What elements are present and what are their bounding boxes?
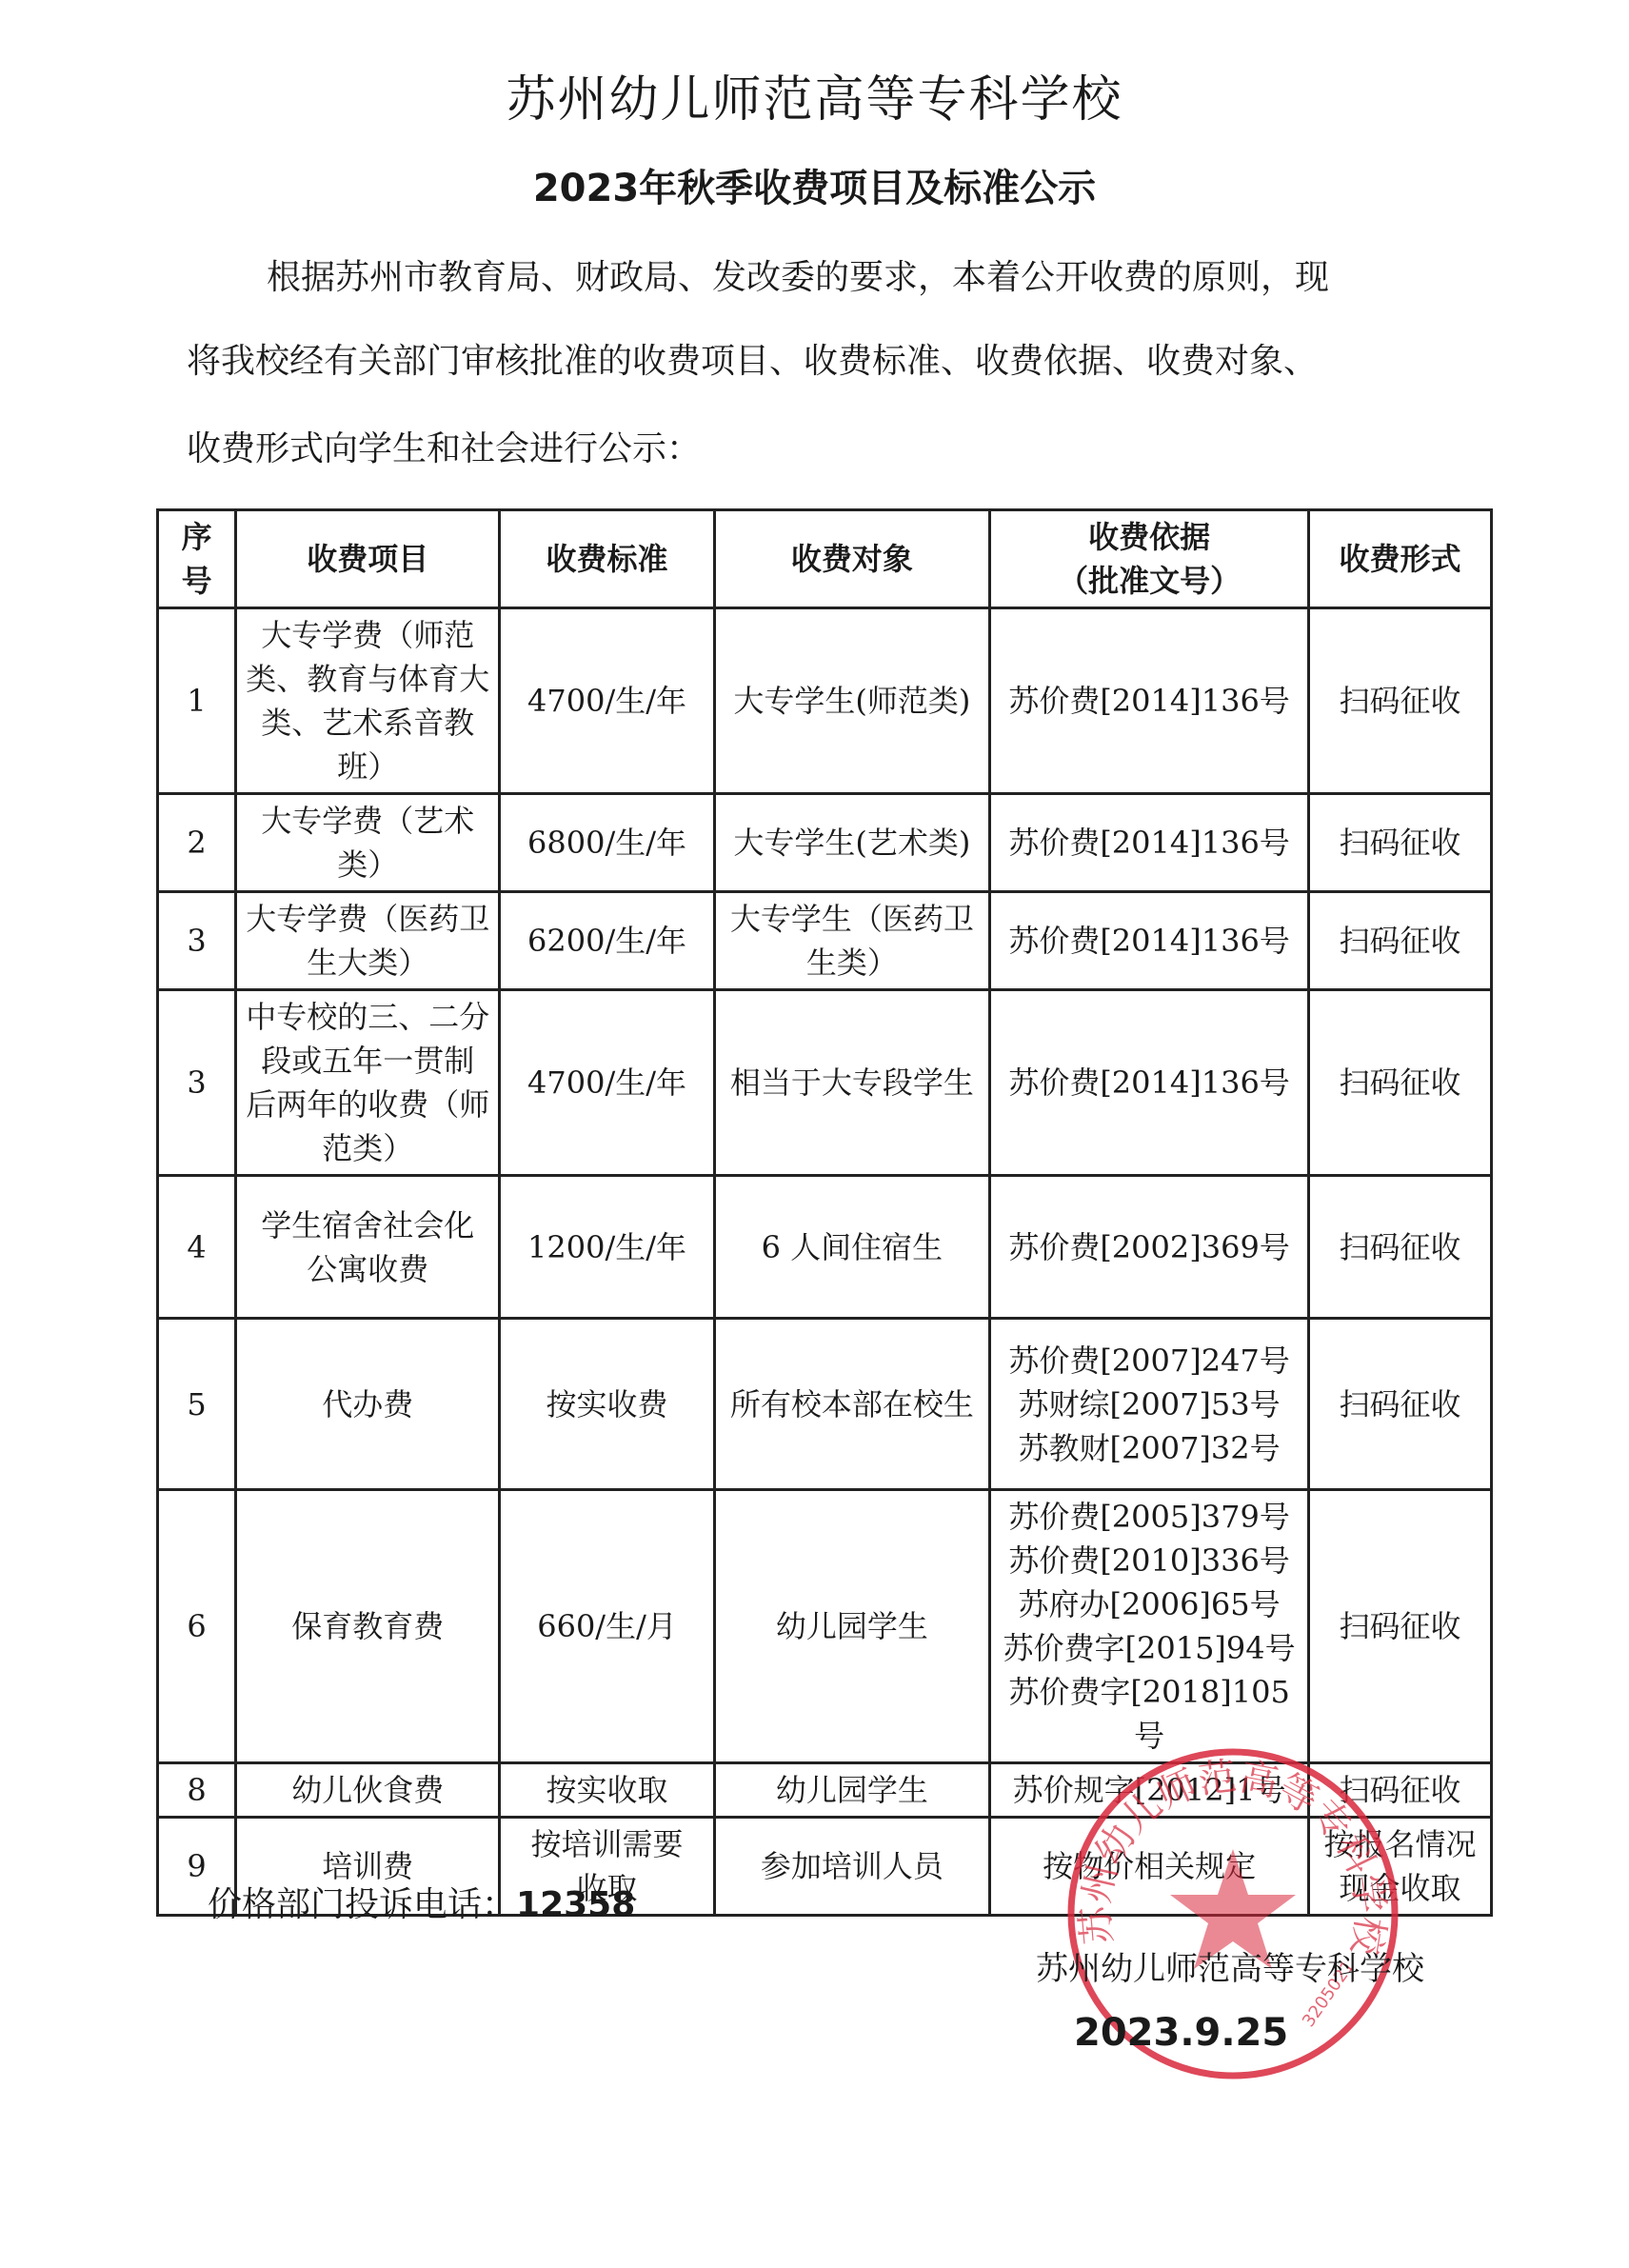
cell-seq: 1: [158, 608, 236, 794]
header-seq: 序号: [158, 510, 236, 608]
cell-basis: 苏价费[2014]136号: [990, 608, 1309, 794]
cell-method: 扫码征收: [1309, 892, 1492, 990]
header-target: 收费对象: [714, 510, 989, 608]
cell-item: 大专学费（医药卫生大类）: [236, 892, 500, 990]
complaint-number: 12358: [516, 1885, 635, 1924]
cell-seq: 2: [158, 794, 236, 892]
cell-standard: 1200/生/年: [500, 1176, 714, 1319]
cell-seq: 4: [158, 1176, 236, 1319]
cell-seq: 6: [158, 1490, 236, 1763]
cell-target: 6 人间住宿生: [714, 1176, 989, 1319]
cell-basis: 苏价费[2014]136号: [990, 794, 1309, 892]
table-row: 3中专校的三、二分段或五年一贯制后两年的收费（师范类）4700/生/年相当于大专…: [158, 990, 1492, 1176]
cell-standard: 660/生/月: [500, 1490, 714, 1763]
intro-line-3: 收费形式向学生和社会进行公示：: [187, 430, 1500, 468]
cell-method: 扫码征收: [1309, 608, 1492, 794]
cell-target: 幼儿园学生: [714, 1490, 989, 1763]
cell-standard: 6200/生/年: [500, 892, 714, 990]
table-row: 3大专学费（医药卫生大类）6200/生/年大专学生（医药卫生类）苏价费[2014…: [158, 892, 1492, 990]
complaint-label: 价格部门投诉电话：: [208, 1885, 516, 1924]
fee-table-body: 1大专学费（师范类、教育与体育大类、艺术系音教班）4700/生/年大专学生(师范…: [158, 608, 1492, 1916]
table-row: 1大专学费（师范类、教育与体育大类、艺术系音教班）4700/生/年大专学生(师范…: [158, 608, 1492, 794]
cell-standard: 4700/生/年: [500, 608, 714, 794]
cell-basis: 苏价费[2005]379号苏价费[2010]336号苏府办[2006]65号苏价…: [990, 1490, 1309, 1763]
cell-target: 大专学生（医药卫生类）: [714, 892, 989, 990]
cell-basis: 苏价费[2014]136号: [990, 892, 1309, 990]
cell-method: 扫码征收: [1309, 1490, 1492, 1763]
table-header-row: 序号 收费项目 收费标准 收费对象 收费依据（批准文号） 收费形式: [158, 510, 1492, 608]
cell-target: 大专学生(艺术类): [714, 794, 989, 892]
table-row: 2大专学费（艺术类）6800/生/年大专学生(艺术类)苏价费[2014]136号…: [158, 794, 1492, 892]
cell-target: 大专学生(师范类): [714, 608, 989, 794]
intro-line-1: 根据苏州市教育局、财政局、发改委的要求，本着公开收费的原则，现: [267, 259, 1580, 297]
cell-method: 扫码征收: [1309, 1176, 1492, 1319]
cell-basis: 苏价费[2014]136号: [990, 990, 1309, 1176]
cell-method: 扫码征收: [1309, 990, 1492, 1176]
cell-item: 中专校的三、二分段或五年一贯制后两年的收费（师范类）: [236, 990, 500, 1176]
cell-item: 大专学费（艺术类）: [236, 794, 500, 892]
document-title: 苏州幼儿师范高等专科学校: [0, 59, 1629, 130]
cell-item: 幼儿伙食费: [236, 1763, 500, 1818]
complaint-hotline: 价格部门投诉电话：12358: [208, 1878, 635, 1926]
cell-standard: 按实收取: [500, 1763, 714, 1818]
cell-basis: 苏价费[2007]247号苏财综[2007]53号苏教财[2007]32号: [990, 1319, 1309, 1490]
cell-method: 扫码征收: [1309, 1319, 1492, 1490]
cell-seq: 8: [158, 1763, 236, 1818]
intro-line-2: 将我校经有关部门审核批准的收费项目、收费标准、收费依据、收费对象、: [187, 343, 1500, 381]
cell-seq: 5: [158, 1319, 236, 1490]
cell-seq: 3: [158, 892, 236, 990]
header-method: 收费形式: [1309, 510, 1492, 608]
cell-target: 参加培训人员: [714, 1818, 989, 1916]
cell-item: 保育教育费: [236, 1490, 500, 1763]
signer-name: 苏州幼儿师范高等专科学校: [1036, 1942, 1424, 1989]
cell-item: 学生宿舍社会化公寓收费: [236, 1176, 500, 1319]
table-row: 4学生宿舍社会化公寓收费1200/生/年6 人间住宿生苏价费[2002]369号…: [158, 1176, 1492, 1319]
sign-date: 2023.9.25: [1074, 2011, 1288, 2055]
cell-standard: 6800/生/年: [500, 794, 714, 892]
cell-standard: 4700/生/年: [500, 990, 714, 1176]
cell-standard: 按实收费: [500, 1319, 714, 1490]
fee-table: 序号 收费项目 收费标准 收费对象 收费依据（批准文号） 收费形式 1大专学费（…: [156, 508, 1493, 1917]
cell-item: 代办费: [236, 1319, 500, 1490]
cell-method: 扫码征收: [1309, 794, 1492, 892]
header-item: 收费项目: [236, 510, 500, 608]
cell-item: 大专学费（师范类、教育与体育大类、艺术系音教班）: [236, 608, 500, 794]
header-standard: 收费标准: [500, 510, 714, 608]
cell-target: 所有校本部在校生: [714, 1319, 989, 1490]
table-row: 5代办费按实收费所有校本部在校生苏价费[2007]247号苏财综[2007]53…: [158, 1319, 1492, 1490]
cell-basis: 苏价费[2002]369号: [990, 1176, 1309, 1319]
cell-seq: 3: [158, 990, 236, 1176]
table-row: 6保育教育费660/生/月幼儿园学生苏价费[2005]379号苏价费[2010]…: [158, 1490, 1492, 1763]
header-basis: 收费依据（批准文号）: [990, 510, 1309, 608]
document-subtitle: 2023年秋季收费项目及标准公示: [0, 158, 1629, 212]
cell-target: 相当于大专段学生: [714, 990, 989, 1176]
cell-target: 幼儿园学生: [714, 1763, 989, 1818]
